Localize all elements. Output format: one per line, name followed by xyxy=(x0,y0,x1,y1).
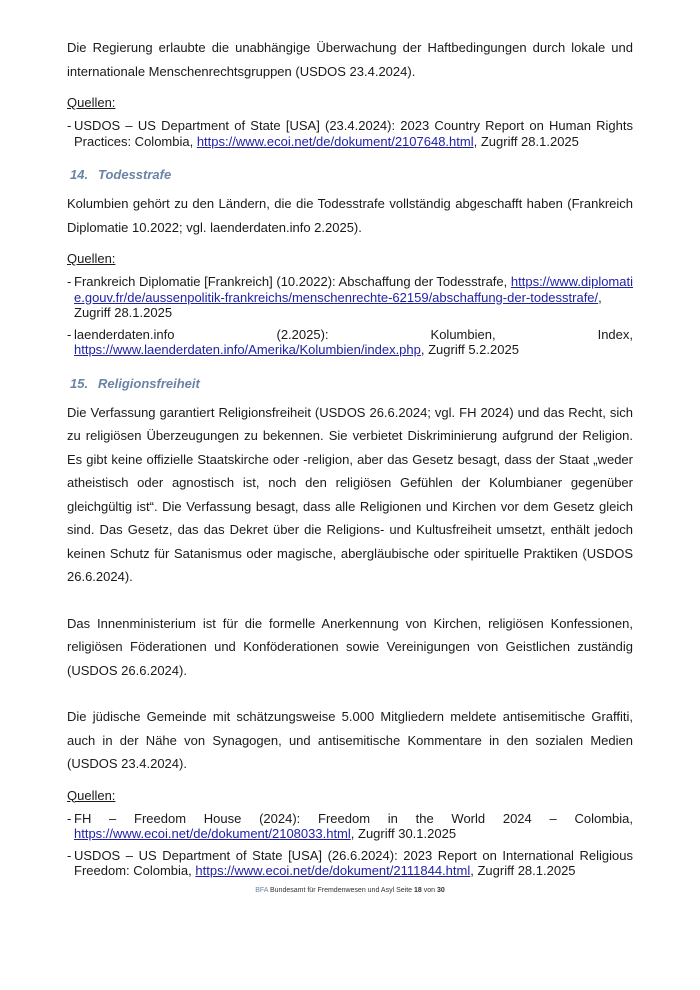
document-page: Die Regierung erlaubte die unabhängige Ü… xyxy=(67,36,633,879)
source-link[interactable]: https://www.laenderdaten.info/Amerika/Ko… xyxy=(74,342,421,357)
footer-org: Bundesamt für Fremdenwesen und Asyl xyxy=(270,887,394,894)
source-link[interactable]: https://www.ecoi.net/de/dokument/2107648… xyxy=(197,134,474,149)
sources-label: Quellen: xyxy=(67,250,633,268)
sources-label: Quellen: xyxy=(67,787,633,805)
footer-brand: BFA xyxy=(255,887,268,894)
source-link[interactable]: https://www.ecoi.net/de/dokument/2111844… xyxy=(195,863,470,878)
source-item: - USDOS – US Department of State [USA] (… xyxy=(67,118,633,149)
section-heading-todesstrafe: 14.Todesstrafe xyxy=(67,166,633,184)
intro-paragraph: Die Regierung erlaubte die unabhängige Ü… xyxy=(67,36,633,83)
page-footer: BFA Bundesamt für Fremdenwesen und Asyl … xyxy=(0,887,700,894)
page-total: 30 xyxy=(437,887,445,894)
source-link[interactable]: https://www.ecoi.net/de/dokument/2108033… xyxy=(74,826,351,841)
section15-paragraph: Das Innenministerium ist für die formell… xyxy=(67,612,633,683)
source-item: - USDOS – US Department of State [USA] (… xyxy=(67,848,633,879)
page-number: 18 xyxy=(414,887,422,894)
source-item: - Frankreich Diplomatie [Frankreich] (10… xyxy=(67,274,633,321)
sources-label: Quellen: xyxy=(67,94,633,112)
section15-paragraph: Die Verfassung garantiert Religionsfreih… xyxy=(67,401,633,589)
section-heading-religionsfreiheit: 15.Religionsfreiheit xyxy=(67,375,633,393)
source-item: - laenderdaten.info (2.2025): Kolumbien,… xyxy=(67,327,633,358)
source-item: - FH – Freedom House (2024): Freedom in … xyxy=(67,811,633,842)
section15-paragraph: Die jüdische Gemeinde mit schätzungsweis… xyxy=(67,705,633,776)
section14-paragraph: Kolumbien gehört zu den Ländern, die die… xyxy=(67,192,633,239)
